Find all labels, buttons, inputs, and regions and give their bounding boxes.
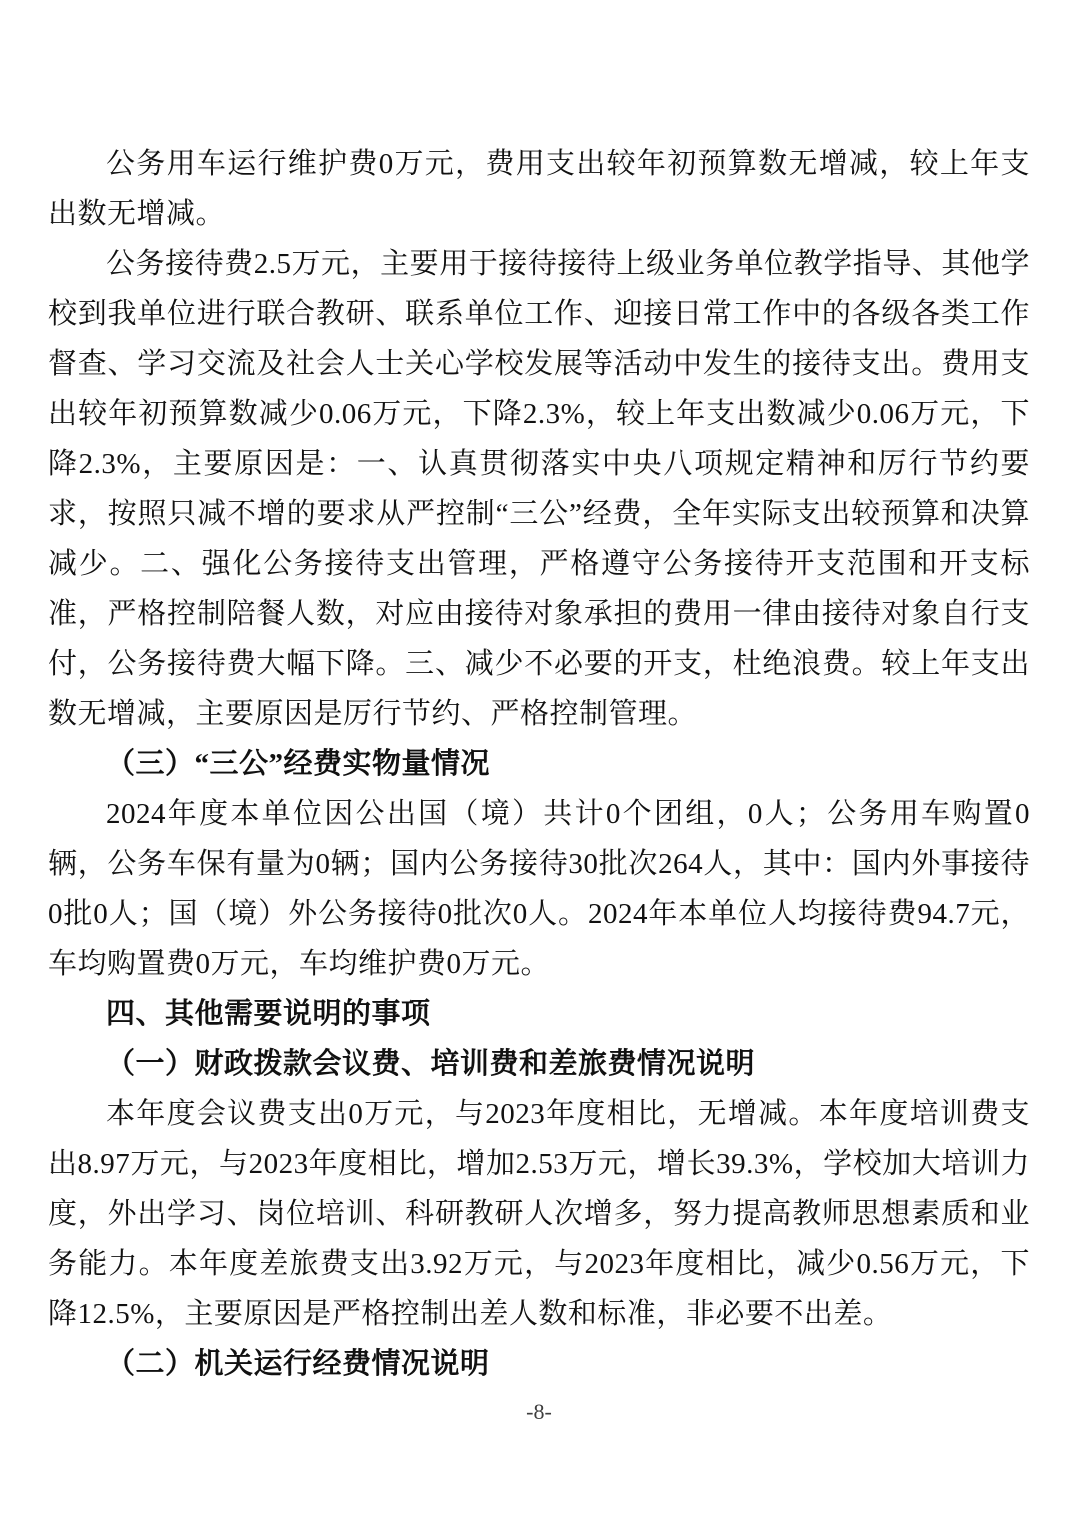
paragraph-physical-quantity-details: 2024年度本单位因公出国（境）共计0个团组，0人；公务用车购置0辆，公务车保有… [48,789,1030,989]
paragraph-meeting-training-travel-details: 本年度会议费支出0万元，与2023年度相比，无增减。本年度培训费支出8.97万元… [48,1089,1030,1339]
document-page: 公务用车运行维护费0万元，费用支出较年初预算数无增减，较上年支出数无增减。 公务… [0,0,1075,1520]
subheading-meeting-training-travel-fees: （一）财政拨款会议费、培训费和差旅费情况说明 [48,1039,1030,1089]
paragraph-vehicle-maintenance-cost: 公务用车运行维护费0万元，费用支出较年初预算数无增减，较上年支出数无增减。 [48,139,1030,239]
subheading-three-public-expenses-physical-quantity: （三）“三公”经费实物量情况 [48,739,1030,789]
section-heading-other-matters: 四、其他需要说明的事项 [48,989,1030,1039]
paragraph-official-reception-cost: 公务接待费2.5万元，主要用于接待接待上级业务单位教学指导、其他学校到我单位进行… [48,239,1030,739]
page-number: -8- [48,1394,1030,1430]
subheading-agency-operating-expenses: （二）机关运行经费情况说明 [48,1339,1030,1389]
